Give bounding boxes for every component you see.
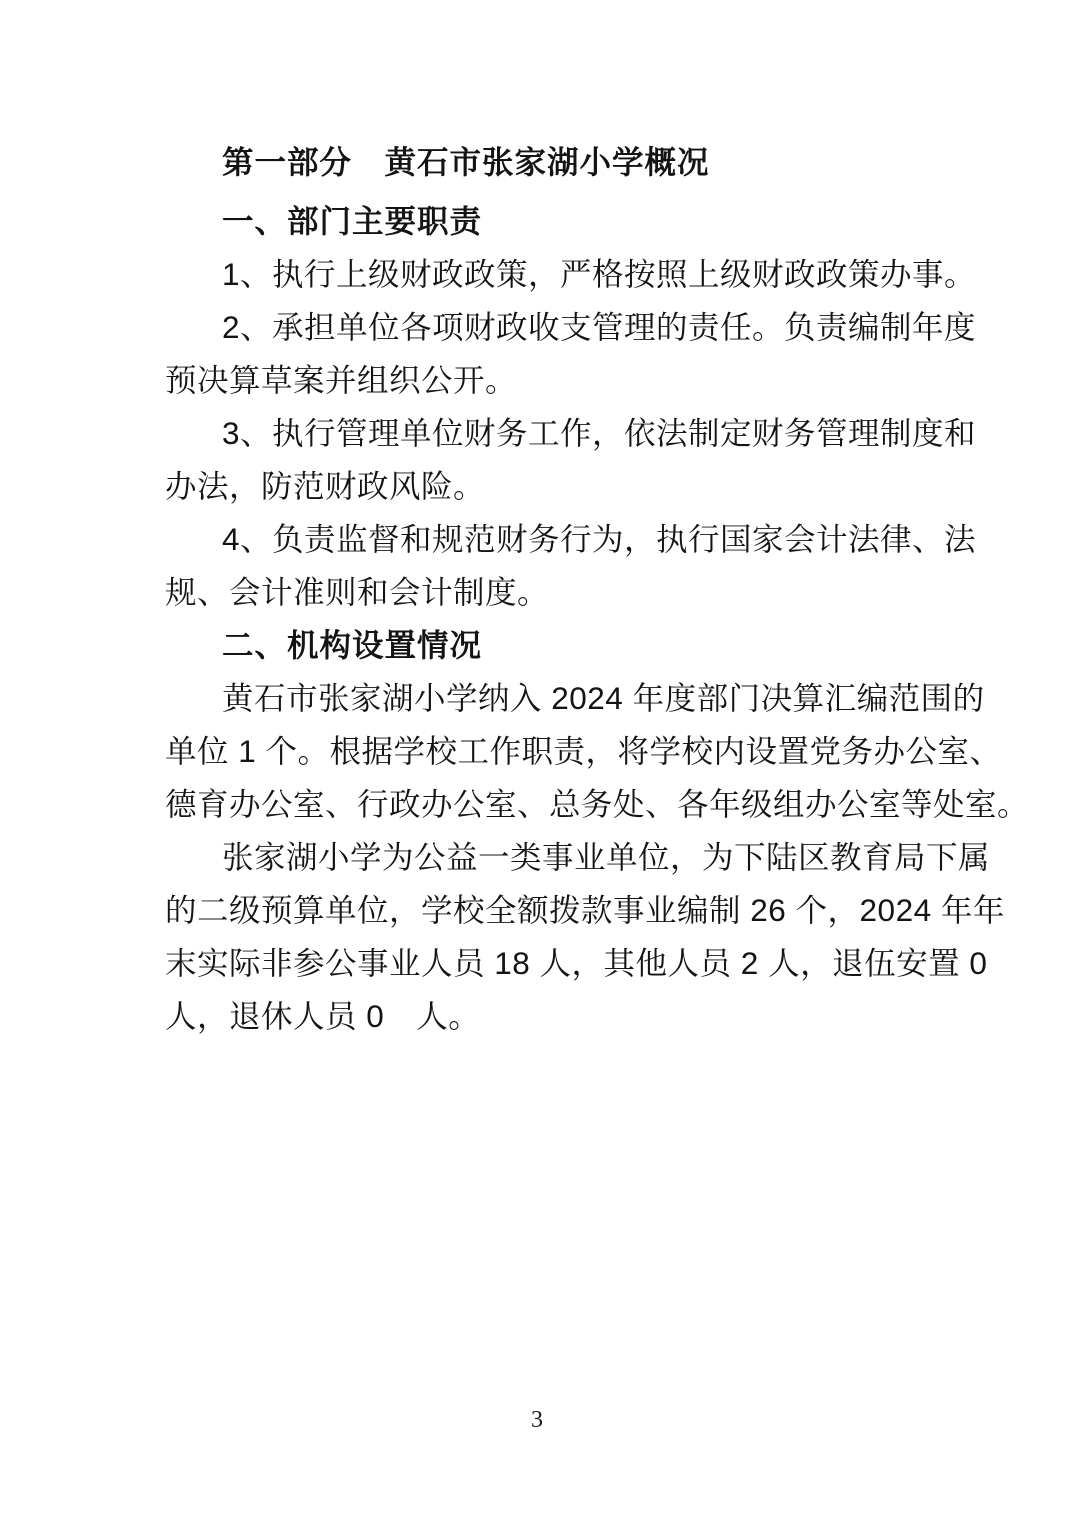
- paragraph: 黄石市张家湖小学纳入 2024 年度部门决算汇编范围的 单位 1 个。根据学校工…: [165, 672, 922, 831]
- paragraph: 2、承担单位各项财政收支管理的责任。负责编制年度 预决算草案并组织公开。: [165, 301, 922, 407]
- paragraph-line: 德育办公室、行政办公室、总务处、各年级组办公室等处室。: [165, 778, 922, 831]
- paragraph-line: 3、执行管理单位财务工作，依法制定财务管理制度和: [165, 407, 922, 460]
- paragraph: 3、执行管理单位财务工作，依法制定财务管理制度和 办法，防范财政风险。: [165, 407, 922, 513]
- paragraph: 张家湖小学为公益一类事业单位，为下陆区教育局下属 的二级预算单位，学校全额拨款事…: [165, 831, 922, 1043]
- paragraph: 1、执行上级财政政策，严格按照上级财政政策办事。: [165, 248, 922, 301]
- paragraph-line: 黄石市张家湖小学纳入 2024 年度部门决算汇编范围的: [165, 672, 922, 725]
- part-title: 第一部分 黄石市张家湖小学概况: [165, 136, 922, 189]
- paragraph-line: 人，退休人员 0 人。: [165, 990, 922, 1043]
- section-organization-setup: 二、机构设置情况 黄石市张家湖小学纳入 2024 年度部门决算汇编范围的 单位 …: [165, 619, 922, 1043]
- document-body: 第一部分 黄石市张家湖小学概况 一、部门主要职责 1、执行上级财政政策，严格按照…: [165, 136, 922, 1043]
- paragraph-line: 4、负责监督和规范财务行为，执行国家会计法律、法: [165, 513, 922, 566]
- section-heading: 二、机构设置情况: [165, 619, 922, 672]
- paragraph-line: 办法，防范财政风险。: [165, 460, 922, 513]
- paragraph-line: 1、执行上级财政政策，严格按照上级财政政策办事。: [165, 248, 922, 301]
- section-main-duties: 一、部门主要职责 1、执行上级财政政策，严格按照上级财政政策办事。 2、承担单位…: [165, 195, 922, 619]
- section-heading: 一、部门主要职责: [165, 195, 922, 248]
- paragraph-line: 张家湖小学为公益一类事业单位，为下陆区教育局下属: [165, 831, 922, 884]
- paragraph: 4、负责监督和规范财务行为，执行国家会计法律、法 规、会计准则和会计制度。: [165, 513, 922, 619]
- paragraph-line: 2、承担单位各项财政收支管理的责任。负责编制年度: [165, 301, 922, 354]
- paragraph-line: 末实际非参公事业人员 18 人，其他人员 2 人，退伍安置 0: [165, 937, 922, 990]
- paragraph-line: 预决算草案并组织公开。: [165, 354, 922, 407]
- page-number: 3: [0, 1405, 1074, 1435]
- paragraph-line: 的二级预算单位，学校全额拨款事业编制 26 个，2024 年年: [165, 884, 922, 937]
- paragraph-line: 规、会计准则和会计制度。: [165, 566, 922, 619]
- document-page: 第一部分 黄石市张家湖小学概况 一、部门主要职责 1、执行上级财政政策，严格按照…: [0, 0, 1074, 1520]
- paragraph-line: 单位 1 个。根据学校工作职责，将学校内设置党务办公室、: [165, 725, 922, 778]
